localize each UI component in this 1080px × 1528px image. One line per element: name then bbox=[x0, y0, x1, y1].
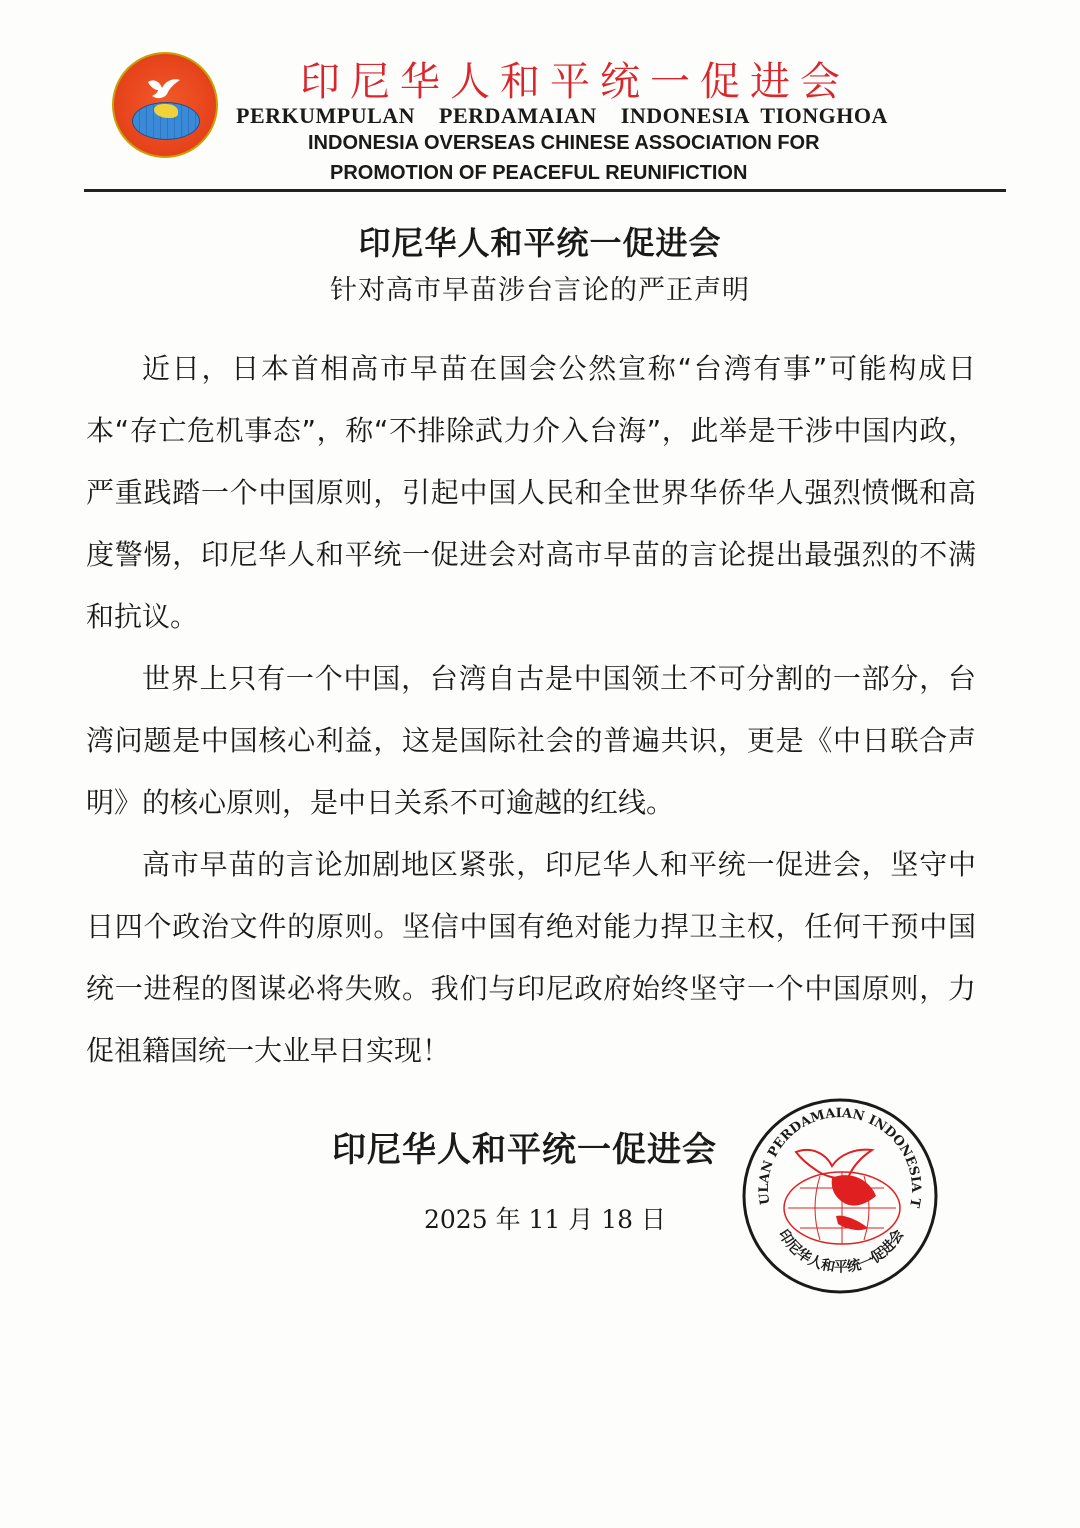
seal-inner-text: 印尼华人和平统一促进会 bbox=[775, 1226, 907, 1275]
document-title: 印尼华人和平统一促进会 bbox=[0, 218, 1080, 264]
svg-text:PERKUMPULAN PERDAMAIAN INDONES: PERKUMPULAN PERDAMAIAN INDONESIA TIONGHO… bbox=[740, 1096, 923, 1209]
seal-outer-text: PERKUMPULAN PERDAMAIAN INDONESIA TIONGHO… bbox=[740, 1096, 923, 1209]
letterhead-chinese-name: 印尼华人和平统一促进会 bbox=[300, 50, 850, 107]
paragraph: 高市早苗的言论加剧地区紧张，印尼华人和平统一促进会，坚守中日四个政治文件的原则。… bbox=[86, 834, 976, 1082]
letterhead-indonesian-name: PERKUMPULAN PERDAMAIAN INDONESIA TIONGHO… bbox=[236, 103, 888, 129]
paragraph: 世界上只有一个中国，台湾自古是中国领土不可分割的一部分，台湾问题是中国核心利益，… bbox=[86, 648, 976, 834]
svg-text:印尼华人和平统一促进会: 印尼华人和平统一促进会 bbox=[775, 1226, 907, 1275]
paragraph: 近日，日本首相高市早苗在国会公然宣称“台湾有事”可能构成日本“存亡危机事态”，称… bbox=[86, 338, 976, 648]
document-date: 2025 年 11 月 18 日 bbox=[424, 1200, 666, 1236]
letterhead-divider bbox=[84, 189, 1006, 192]
document-subtitle: 针对高市早苗涉台言论的严正声明 bbox=[0, 268, 1080, 307]
document-body: 近日，日本首相高市早苗在国会公然宣称“台湾有事”可能构成日本“存亡危机事态”，称… bbox=[86, 338, 976, 1082]
letterhead-english-name-line2: PROMOTION OF PEACEFUL REUNIFICTION bbox=[330, 162, 747, 185]
dove-icon bbox=[146, 76, 182, 102]
letterhead-english-name-line1: INDONESIA OVERSEAS CHINESE ASSOCIATION F… bbox=[308, 132, 820, 155]
signature: 印尼华人和平统一促进会 bbox=[332, 1122, 717, 1171]
organization-logo-icon bbox=[112, 52, 218, 158]
official-seal-icon: PERKUMPULAN PERDAMAIAN INDONESIA TIONGHO… bbox=[740, 1096, 940, 1296]
